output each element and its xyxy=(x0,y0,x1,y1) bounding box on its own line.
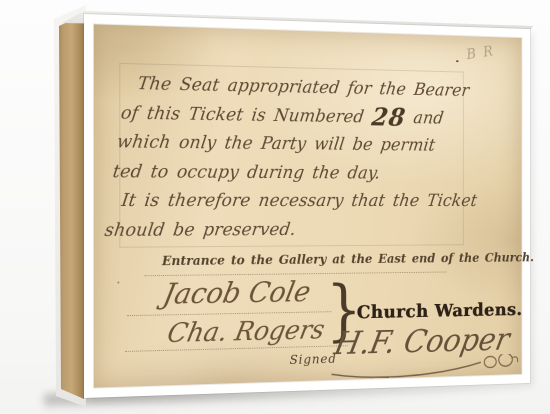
seat-number: 28 xyxy=(370,103,408,132)
body-line: which only the Party will be permit xyxy=(115,128,486,161)
body-line: ted to occupy during the day. xyxy=(111,157,482,188)
body-line-text: and xyxy=(412,108,445,128)
canvas-front: B R The Seat appropriated for the Bearer… xyxy=(84,14,530,398)
ink-speck xyxy=(117,282,119,284)
body-line-text: of this Ticket is Numbered xyxy=(120,102,366,126)
body-line: It is therefore necessary that the Ticke… xyxy=(107,186,479,215)
warden-signature-1: Jacob Cole xyxy=(160,275,313,310)
body-line: should be preserved. xyxy=(103,215,476,245)
pencil-initials: B R xyxy=(465,42,495,63)
church-wardens-label: Church Wardens. xyxy=(357,299,523,323)
ink-speck xyxy=(456,60,459,62)
document-paper: B R The Seat appropriated for the Bearer… xyxy=(94,24,522,387)
product-photo: B R The Seat appropriated for the Bearer… xyxy=(0,0,550,414)
ticket-body-text: The Seat appropriated for the Bearer of … xyxy=(103,69,493,245)
signature-flourish xyxy=(330,354,520,386)
entrance-note: Entrance to the Gallery at the East end … xyxy=(162,251,534,269)
